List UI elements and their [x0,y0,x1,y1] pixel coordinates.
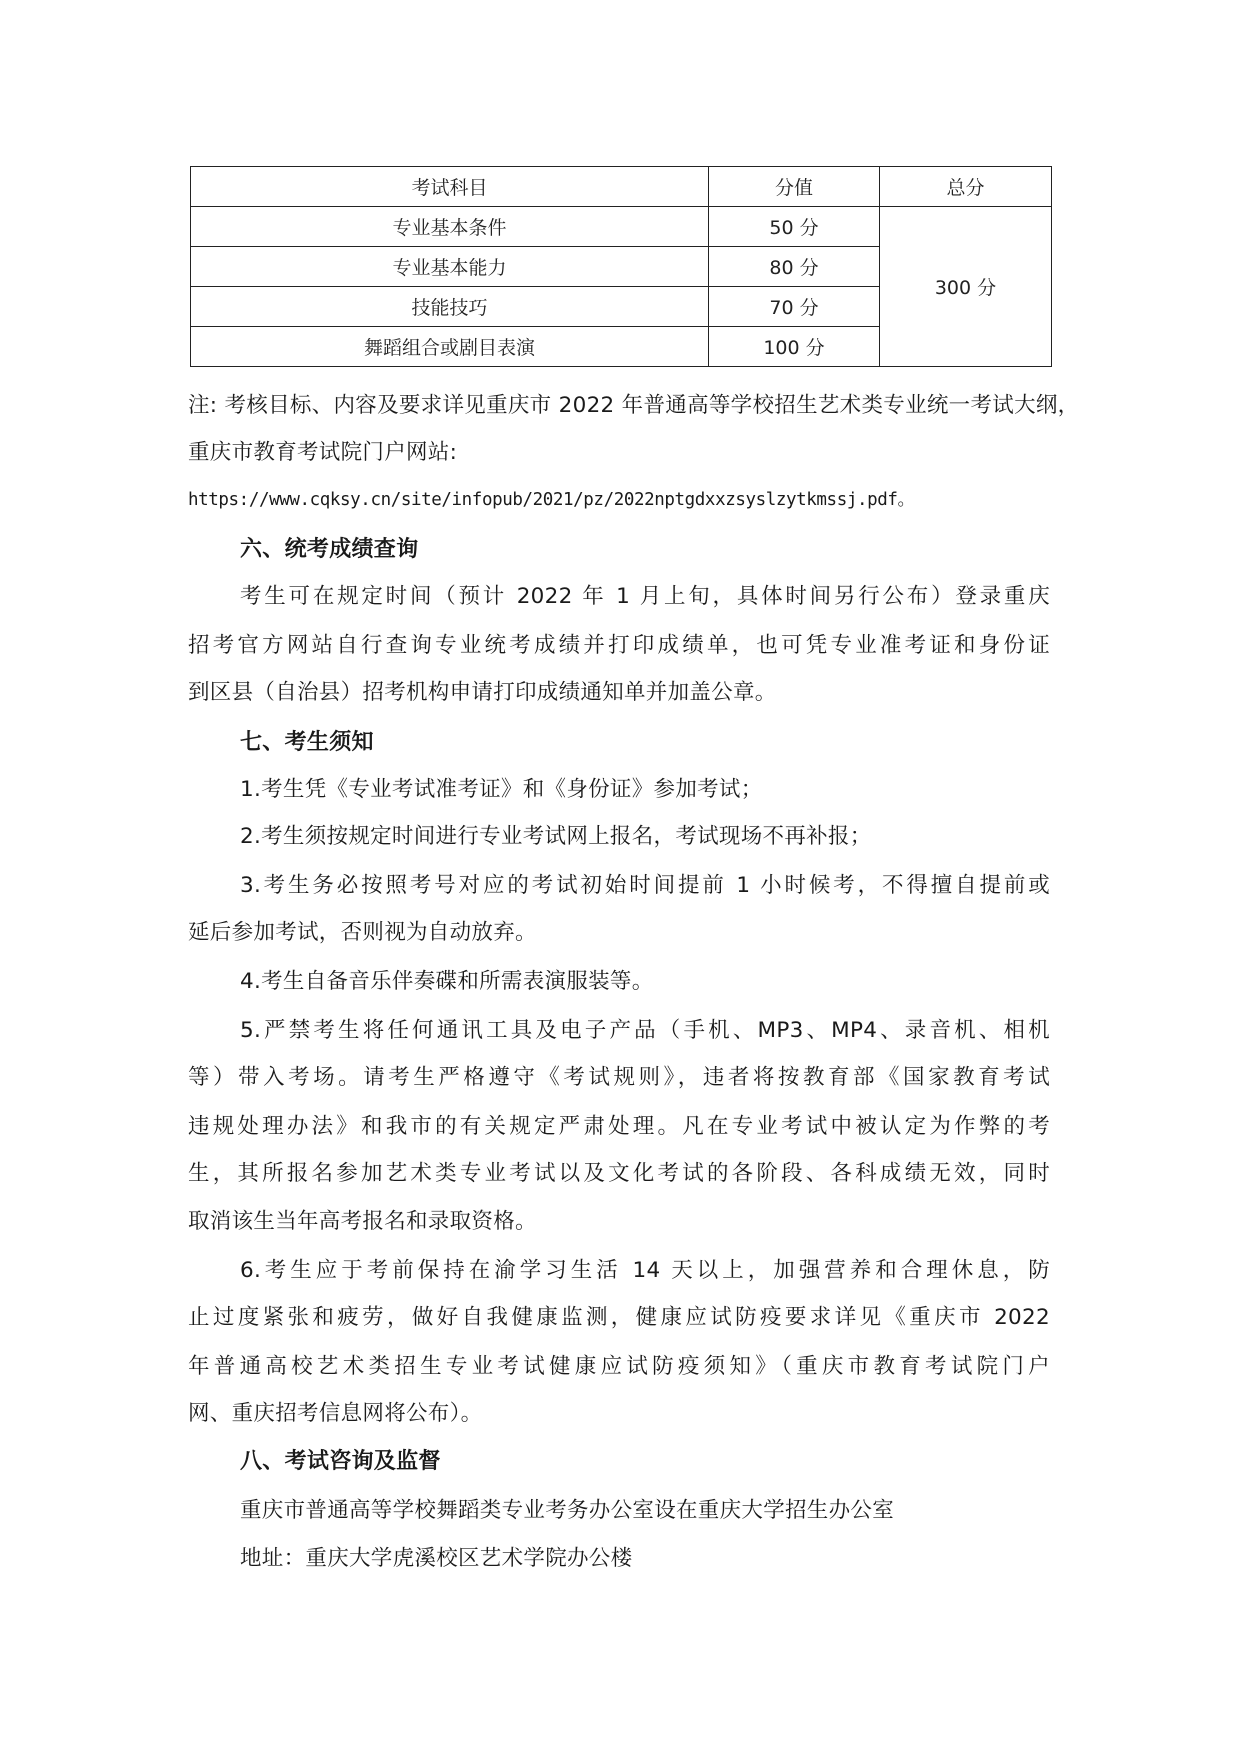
note-text: 重庆市教育考试院门户网站: [188,438,457,468]
list-item-continued: 生，其所报名参加艺术类专业考试以及文化考试的各阶段、各科成绩无效，同时 [188,1159,1050,1189]
list-item-continued: 等）带入考场。请考生严格遵守《考试规则》，违者将按教育部《国家教育考试 [188,1063,1050,1093]
list-item-continued: 网、重庆招考信息网将公布）。 [188,1399,482,1429]
list-item: 5.严禁考生将任何通讯工具及电子产品（手机、MP3、MP4、录音机、相机 [240,1016,1050,1046]
total-cell: 300 分 [880,207,1052,367]
section-heading: 六、统考成绩查询 [240,535,418,565]
list-item: 2.考生须按规定时间进行专业考试网上报名，考试现场不再补报； [240,822,872,852]
exam-score-table: 考试科目 分值 总分 专业基本条件 50 分 300 分 专业基本能力 80 分… [190,166,1052,367]
section-heading: 七、考生须知 [240,728,374,758]
list-item-continued: 取消该生当年高考报名和录取资格。 [188,1207,537,1237]
score-cell: 100 分 [709,327,880,367]
paragraph-line: 招考官方网站自行查询专业统考成绩并打印成绩单，也可凭专业准考证和身份证 [188,631,1050,661]
list-item: 3.考生务必按照考号对应的考试初始时间提前 1 小时候考，不得擅自提前或 [240,871,1050,901]
list-item-continued: 违规处理办法》和我市的有关规定严肃处理。凡在专业考试中被认定为作弊的考 [188,1112,1050,1142]
table-header-row: 考试科目 分值 总分 [191,167,1052,207]
score-cell: 70 分 [709,287,880,327]
table-row: 专业基本条件 50 分 300 分 [191,207,1052,247]
score-cell: 50 分 [709,207,880,247]
header-total: 总分 [880,167,1052,207]
subject-cell: 专业基本能力 [191,247,709,287]
paragraph-line: 重庆市普通高等学校舞蹈类专业考务办公室设在重庆大学招生办公室 [240,1496,894,1526]
subject-cell: 专业基本条件 [191,207,709,247]
header-score: 分值 [709,167,880,207]
subject-cell: 舞蹈组合或剧目表演 [191,327,709,367]
list-item-continued: 年普通高校艺术类招生专业考试健康应试防疫须知》（重庆市教育考试院门户 [188,1352,1050,1382]
list-item-continued: 止过度紧张和疲劳，做好自我健康监测，健康应试防疫要求详见《重庆市 2022 [188,1303,1050,1333]
list-item: 4.考生自备音乐伴奏碟和所需表演服装等。 [240,967,654,997]
list-item-continued: 延后参加考试，否则视为自动放弃。 [188,918,537,948]
header-subject: 考试科目 [191,167,709,207]
note-text: 注: 考核目标、内容及要求详见重庆市 2022 年普通高等学校招生艺术类专业统一… [188,391,1050,421]
paragraph-line: 到区县（自治县）招考机构申请打印成绩通知单并加盖公章。 [188,678,777,708]
address-line: 地址：重庆大学虎溪校区艺术学院办公楼 [240,1544,632,1574]
note-url-link[interactable]: https://www.cqksy.cn/site/infopub/2021/p… [188,485,915,515]
document-page: 考试科目 分值 总分 专业基本条件 50 分 300 分 专业基本能力 80 分… [0,0,1241,1754]
section-heading: 八、考试咨询及监督 [240,1447,441,1477]
subject-cell: 技能技巧 [191,287,709,327]
paragraph-line: 考生可在规定时间（预计 2022 年 1 月上旬，具体时间另行公布）登录重庆 [240,582,1050,612]
score-cell: 80 分 [709,247,880,287]
list-item: 6.考生应于考前保持在渝学习生活 14 天以上，加强营养和合理休息，防 [240,1256,1050,1286]
list-item: 1.考生凭《专业考试准考证》和《身份证》参加考试； [240,775,763,805]
